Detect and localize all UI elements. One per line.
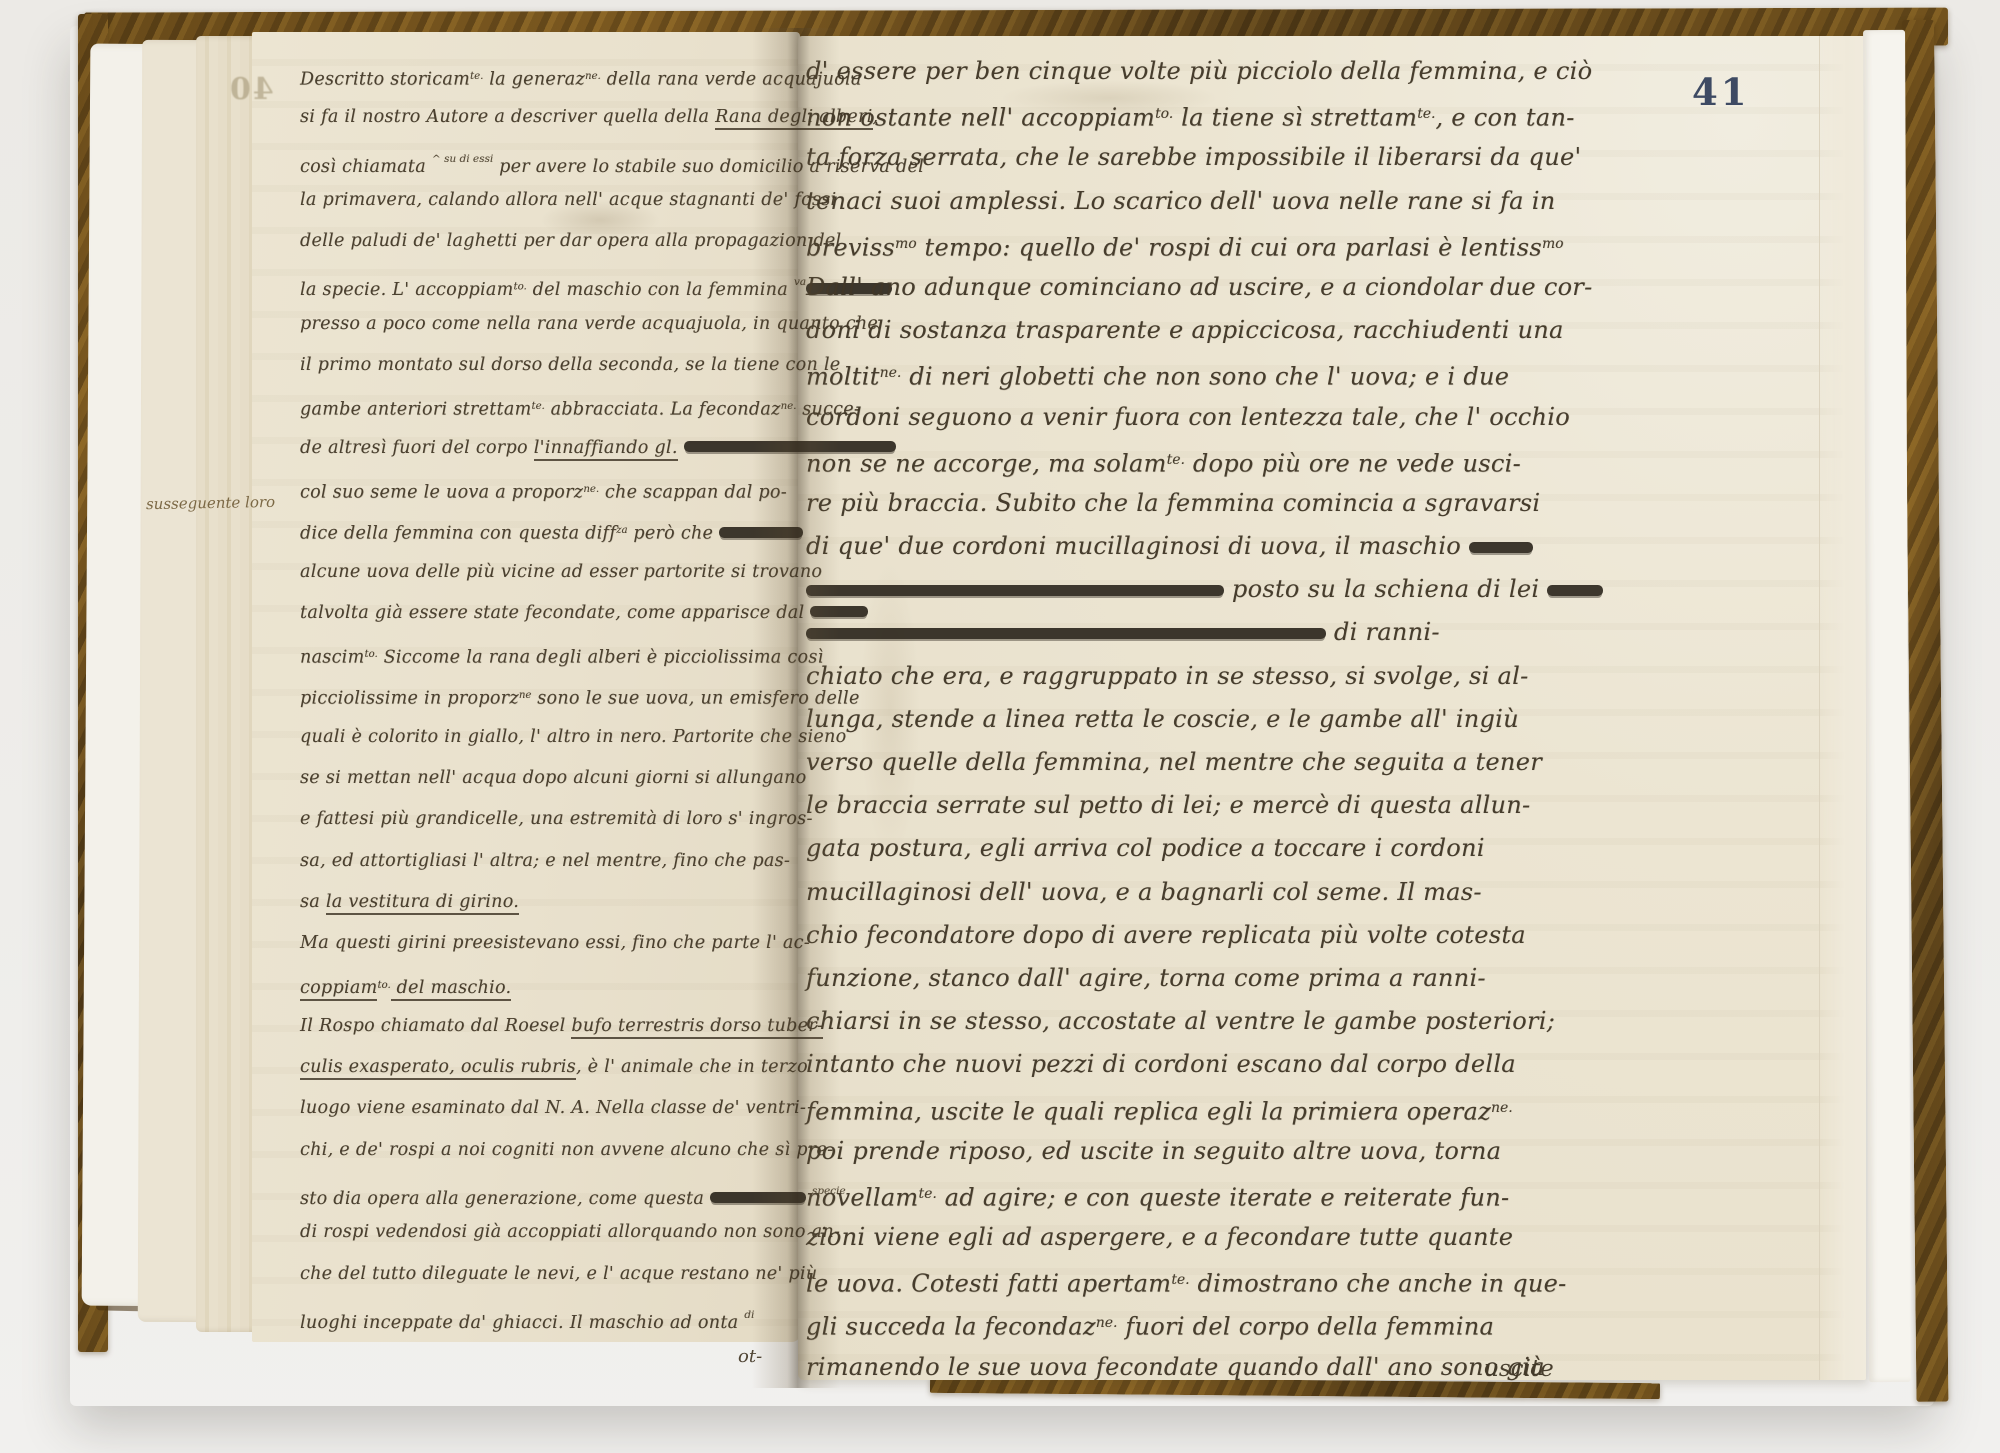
manuscript-line: cordoni seguono a venir fuora con lentez…: [806, 396, 1666, 439]
manuscript-line: chi, e de' rospi a noi cogniti non avven…: [300, 1130, 805, 1171]
right-page-deckle-edge: [1819, 36, 1866, 1380]
manuscript-line: d' essere per ben cinque volte più picci…: [806, 50, 1666, 93]
manuscript-line: chiarsi in se stesso, accostate al ventr…: [806, 1000, 1666, 1043]
manuscript-line: re più braccia. Subito che la femmina co…: [806, 482, 1666, 525]
manuscript-line: funzione, stanco dall' agire, torna come…: [806, 957, 1666, 1000]
left-page-text: Descritto storicamte. la generazne. dell…: [300, 56, 805, 1336]
photo-backdrop: { "right_page": { "page_number": "41", "…: [0, 0, 2000, 1453]
manuscript-line: così chiamata ^ su di essi per avere lo …: [300, 139, 805, 180]
manuscript-line: luogo viene esaminato dal N. A. Nella cl…: [300, 1088, 805, 1129]
manuscript-line: Ma questi girini preesistevano essi, fin…: [300, 923, 805, 964]
manuscript-line: verso quelle della femmina, nel mentre c…: [806, 741, 1666, 784]
manuscript-line: non ostante nell' accoppiamto. la tiene …: [806, 93, 1666, 136]
manuscript-line: delle paludi de' laghetti per dar opera …: [300, 221, 805, 262]
manuscript-line: gambe anteriori strettamte. abbracciata.…: [300, 386, 805, 427]
manuscript-line: culis exasperato, oculis rubris, è l' an…: [300, 1047, 805, 1088]
margin-note: susseguente loro: [146, 493, 275, 513]
manuscript-line: femmina, uscite le quali replica egli la…: [806, 1087, 1666, 1130]
struck-out-text: [1469, 542, 1533, 553]
struck-out-text: [806, 628, 1326, 639]
manuscript-line: talvolta già essere state fecondate, com…: [300, 593, 805, 634]
manuscript-line: il primo montato sul dorso della seconda…: [300, 345, 805, 386]
struck-out-text: [710, 1192, 806, 1203]
manuscript-line: nascimto. Siccome la rana degli alberi è…: [300, 634, 805, 675]
manuscript-line: novellamte. ad agire; e con queste itera…: [806, 1173, 1666, 1216]
manuscript-line: si fa il nostro Autore a descriver quell…: [300, 97, 805, 138]
struck-out-text: [806, 585, 1224, 596]
manuscript-line: che del tutto dileguate le nevi, e l' ac…: [300, 1254, 805, 1295]
manuscript-line: la primavera, calando allora nell' acque…: [300, 180, 805, 221]
manuscript-line: picciolissime in proporzne sono le sue u…: [300, 675, 805, 716]
manuscript-line: chio fecondatore dopo di avere replicata…: [806, 914, 1666, 957]
manuscript-line: Il Rospo chiamato dal Roesel bufo terres…: [300, 1006, 805, 1047]
manuscript-line: le uova. Cotesti fatti apertamte. dimost…: [806, 1259, 1666, 1302]
manuscript-line: alcune uova delle più vicine ad esser pa…: [300, 552, 805, 593]
manuscript-line: presso a poco come nella rana verde acqu…: [300, 304, 805, 345]
struck-out-text: [719, 527, 803, 538]
manuscript-line: di ranni-: [806, 611, 1666, 654]
manuscript-line: sa, ed attortigliasi l' altra; e nel men…: [300, 841, 805, 882]
manuscript-line: col suo seme le uova a proporzne. che sc…: [300, 469, 805, 510]
manuscript-line: dice della femmina con questa diffza per…: [300, 510, 805, 551]
manuscript-line: Dall' ano adunque cominciano ad uscire, …: [806, 266, 1666, 309]
manuscript-line: de altresì fuori del corpo l'innaffiando…: [300, 428, 805, 469]
manuscript-line: sa la vestitura di girino.: [300, 882, 805, 923]
manuscript-line: di rospi vedendosi già accoppiati allorq…: [300, 1212, 805, 1253]
manuscript-line: poi prende riposo, ed uscite in seguito …: [806, 1130, 1666, 1173]
manuscript-line: non se ne accorge, ma solamte. dopo più …: [806, 439, 1666, 482]
manuscript-line: intanto che nuovi pezzi di cordoni escan…: [806, 1043, 1666, 1086]
manuscript-line: zioni viene egli ad aspergere, e a fecon…: [806, 1216, 1666, 1259]
catchword-right: uscite: [1484, 1356, 1554, 1382]
manuscript-line: sto dia opera alla generazione, come que…: [300, 1171, 805, 1212]
manuscript-line: la specie. L' accoppiamto. del maschio c…: [300, 262, 805, 303]
manuscript-line: se si mettan nell' acqua dopo alcuni gio…: [300, 758, 805, 799]
manuscript-line: doni di sostanza trasparente e appiccico…: [806, 309, 1666, 352]
bleedthrough-page-number: 40: [228, 72, 274, 107]
manuscript-line: le braccia serrate sul petto di lei; e m…: [806, 784, 1666, 827]
manuscript-line: luoghi inceppate da' ghiacci. Il maschio…: [300, 1295, 805, 1336]
manuscript-line: tenaci suoi amplessi. Lo scarico dell' u…: [806, 180, 1666, 223]
catchword-left: ot-: [738, 1346, 762, 1367]
page-number: 41: [1692, 70, 1750, 114]
manuscript-line: ta forza serrata, che le sarebbe impossi…: [806, 136, 1666, 179]
manuscript-line: brevissmo tempo: quello de' rospi di cui…: [806, 223, 1666, 266]
manuscript-line: di que' due cordoni mucillaginosi di uov…: [806, 525, 1666, 568]
manuscript-line: e fattesi più grandicelle, una estremità…: [300, 799, 805, 840]
manuscript-line: mucillaginosi dell' uova, e a bagnarli c…: [806, 871, 1666, 914]
manuscript-line: lunga, stende a linea retta le coscie, e…: [806, 698, 1666, 741]
manuscript-line: gata postura, egli arriva col podice a t…: [806, 827, 1666, 870]
manuscript-line: Descritto storicamte. la generazne. dell…: [300, 56, 805, 97]
struck-out-text: [1547, 585, 1603, 596]
manuscript-line: chiato che era, e raggruppato in se stes…: [806, 655, 1666, 698]
manuscript-line: moltitne. di neri globetti che non sono …: [806, 352, 1666, 395]
right-flyleaf-edge: [1863, 30, 1911, 1382]
manuscript-line: coppiamto. del maschio.: [300, 965, 805, 1006]
right-page-text: d' essere per ben cinque volte più picci…: [806, 50, 1666, 1389]
manuscript-line: gli succeda la fecondazne. fuori del cor…: [806, 1302, 1666, 1345]
manuscript-line: quali è colorito in giallo, l' altro in …: [300, 717, 805, 758]
manuscript-line: posto su la schiena di lei: [806, 568, 1666, 611]
